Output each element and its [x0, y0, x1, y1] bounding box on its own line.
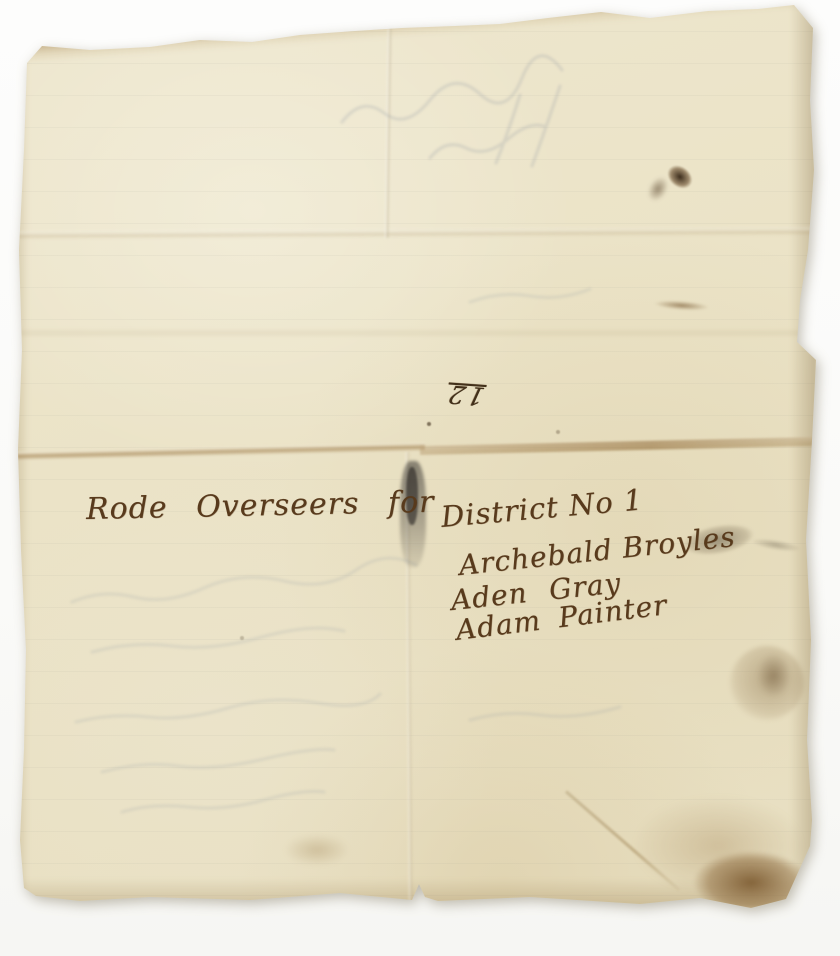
fly-speck: [240, 636, 244, 640]
document-page: 12 Rode Overseers for District No 1 Arch…: [0, 0, 840, 956]
paper-ruled-lines: [0, 0, 840, 956]
fly-speck: [427, 422, 431, 426]
handwritten-road-overseers-label: Rode Overseers for: [86, 485, 435, 527]
scan-background: 12 Rode Overseers for District No 1 Arch…: [0, 0, 840, 956]
fly-speck: [556, 430, 560, 434]
inverted-page-number: 12: [443, 380, 488, 411]
